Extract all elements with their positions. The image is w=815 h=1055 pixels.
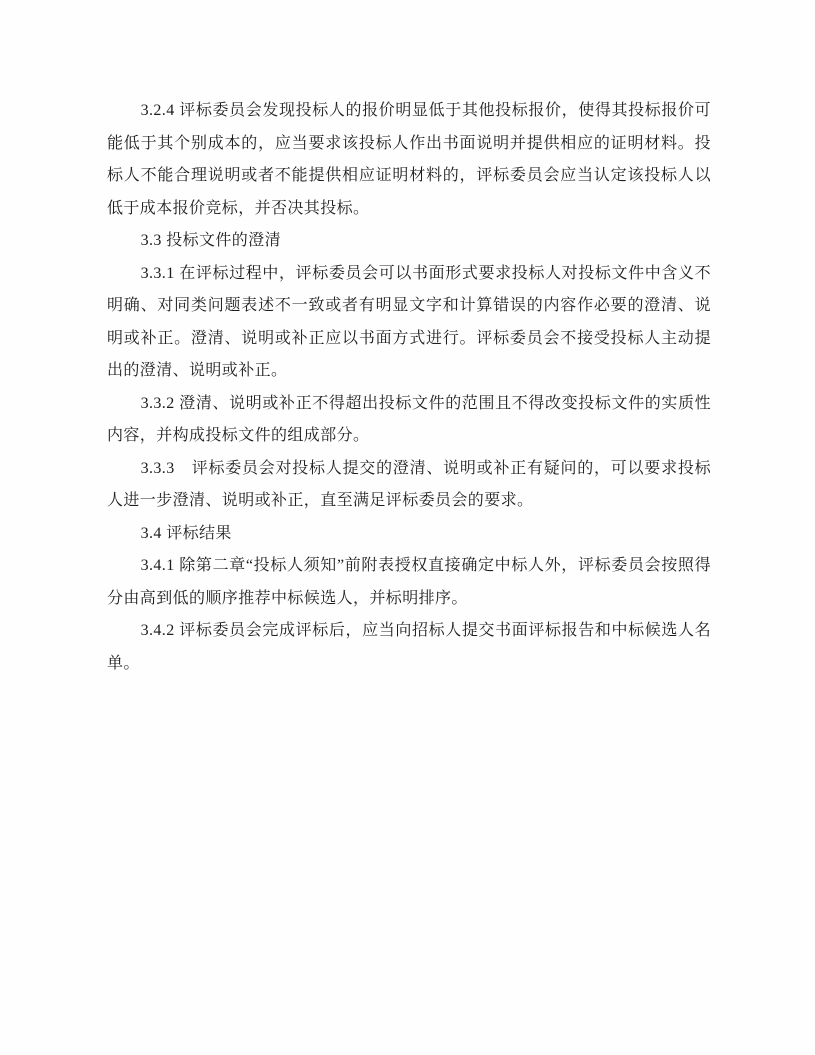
document-page: 3.2.4 评标委员会发现投标人的报价明显低于其他投标报价，使得其投标报价可能低…: [0, 0, 815, 1055]
document-body: 3.2.4 评标委员会发现投标人的报价明显低于其他投标报价，使得其投标报价可能低…: [107, 95, 711, 680]
paragraph-3-3-1: 3.3.1 在评标过程中，评标委员会可以书面形式要求投标人对投标文件中含义不明确…: [107, 258, 711, 388]
paragraph-3-2-4: 3.2.4 评标委员会发现投标人的报价明显低于其他投标报价，使得其投标报价可能低…: [107, 95, 711, 225]
paragraph-3-3-3: 3.3.3 评标委员会对投标人提交的澄清、说明或补正有疑问的，可以要求投标人进一…: [107, 453, 711, 518]
paragraph-3-4-2: 3.4.2 评标委员会完成评标后，应当向招标人提交书面评标报告和中标候选人名单。: [107, 615, 711, 680]
paragraph-3-4-1: 3.4.1 除第二章“投标人须知”前附表授权直接确定中标人外，评标委员会按照得分…: [107, 550, 711, 615]
paragraph-3-3-2: 3.3.2 澄清、说明或补正不得超出投标文件的范围且不得改变投标文件的实质性内容…: [107, 388, 711, 453]
section-heading-3-4: 3.4 评标结果: [107, 518, 711, 551]
section-heading-3-3: 3.3 投标文件的澄清: [107, 225, 711, 258]
